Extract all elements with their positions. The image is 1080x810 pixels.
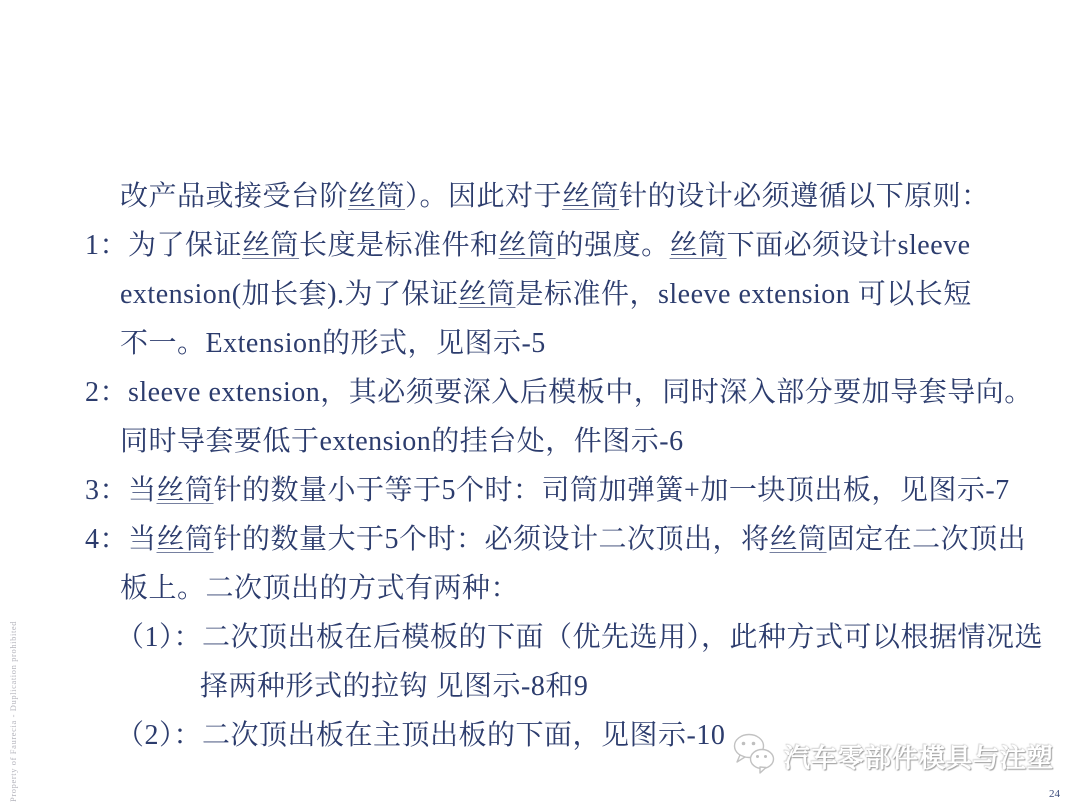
text-line: 2：sleeve extension，其必须要深入后模板中，同时深入部分要加导套… [85,368,990,417]
text-segment: 长度是标准件和 [299,230,499,261]
page-number: 24 [1049,788,1060,800]
text-segment: 的强度。 [556,230,670,261]
text-segment: （2）：二次顶出板在主顶出板的下面，见图示-10 [116,720,725,751]
underlined-term: 丝筒 [157,524,214,555]
text-segment: 针的数量大于5个时：必须设计二次顶出，将 [214,524,770,555]
wechat-bubbles-icon [730,731,778,782]
text-line: （1）：二次顶出板在后模板的下面（优先选用），此种方式可以根据情况选 [85,613,990,662]
text-line: 改产品或接受台阶丝筒）。因此对于丝筒针的设计必须遵循以下原则： [85,172,990,221]
underlined-term: 丝筒 [562,181,619,212]
text-line: 1：为了保证丝筒长度是标准件和丝筒的强度。丝筒下面必须设计sleeve [85,221,990,270]
text-segment: 下面必须设计sleeve [727,230,971,261]
underlined-term: 丝筒 [770,524,827,555]
text-line: 4：当丝筒针的数量大于5个时：必须设计二次顶出，将丝筒固定在二次顶出 [85,515,990,564]
text-segment: 是标准件，sleeve extension 可以长短 [515,279,971,310]
text-segment: 4：当 [85,524,157,555]
watermark-text: 汽车零部件模具与注塑 [784,738,1054,775]
text-segment: 固定在二次顶出 [827,524,1027,555]
property-notice: Property of Faurecia - Duplication prohi… [8,621,18,802]
text-line: extension(加长套).为了保证丝筒是标准件，sleeve extensi… [85,270,990,319]
text-line: 板上。二次顶出的方式有两种： [85,564,990,613]
underlined-term: 丝筒 [458,279,515,310]
text-segment: 择两种形式的拉钩 见图示-8和9 [200,671,588,702]
underlined-term: 丝筒 [499,230,556,261]
text-line: 同时导套要低于extension的挂台处，件图示-6 [85,417,990,466]
underlined-term: 丝筒 [670,230,727,261]
text-segment: 同时导套要低于extension的挂台处，件图示-6 [120,426,684,457]
text-segment: 不一。Extension的形式，见图示-5 [120,328,546,359]
text-segment: ）。因此对于 [405,181,562,212]
slide: 改产品或接受台阶丝筒）。因此对于丝筒针的设计必须遵循以下原则：1：为了保证丝筒长… [0,0,1080,810]
text-segment: 2：sleeve extension，其必须要深入后模板中，同时深入部分要加导套… [85,377,1033,408]
underlined-term: 丝筒 [348,181,405,212]
text-segment: （1）：二次顶出板在后模板的下面（优先选用），此种方式可以根据情况选 [116,622,1043,653]
content-lines: 改产品或接受台阶丝筒）。因此对于丝筒针的设计必须遵循以下原则：1：为了保证丝筒长… [85,172,990,760]
text-segment: 1：为了保证 [85,230,242,261]
text-line: 择两种形式的拉钩 见图示-8和9 [85,662,990,711]
text-segment: 针的数量小于等于5个时：司筒加弹簧+加一块顶出板，见图示-7 [214,475,1010,506]
underlined-term: 丝筒 [157,475,214,506]
text-segment: extension(加长套).为了保证 [120,279,458,310]
text-segment: 针的设计必须遵循以下原则： [619,181,990,212]
text-segment: 3：当 [85,475,157,506]
text-segment: 改产品或接受台阶 [120,181,348,212]
watermark: 汽车零部件模具与注塑 [730,731,1054,782]
text-segment: 板上。二次顶出的方式有两种： [120,573,519,604]
text-line: 不一。Extension的形式，见图示-5 [85,319,990,368]
underlined-term: 丝筒 [242,230,299,261]
text-line: 3：当丝筒针的数量小于等于5个时：司筒加弹簧+加一块顶出板，见图示-7 [85,466,990,515]
